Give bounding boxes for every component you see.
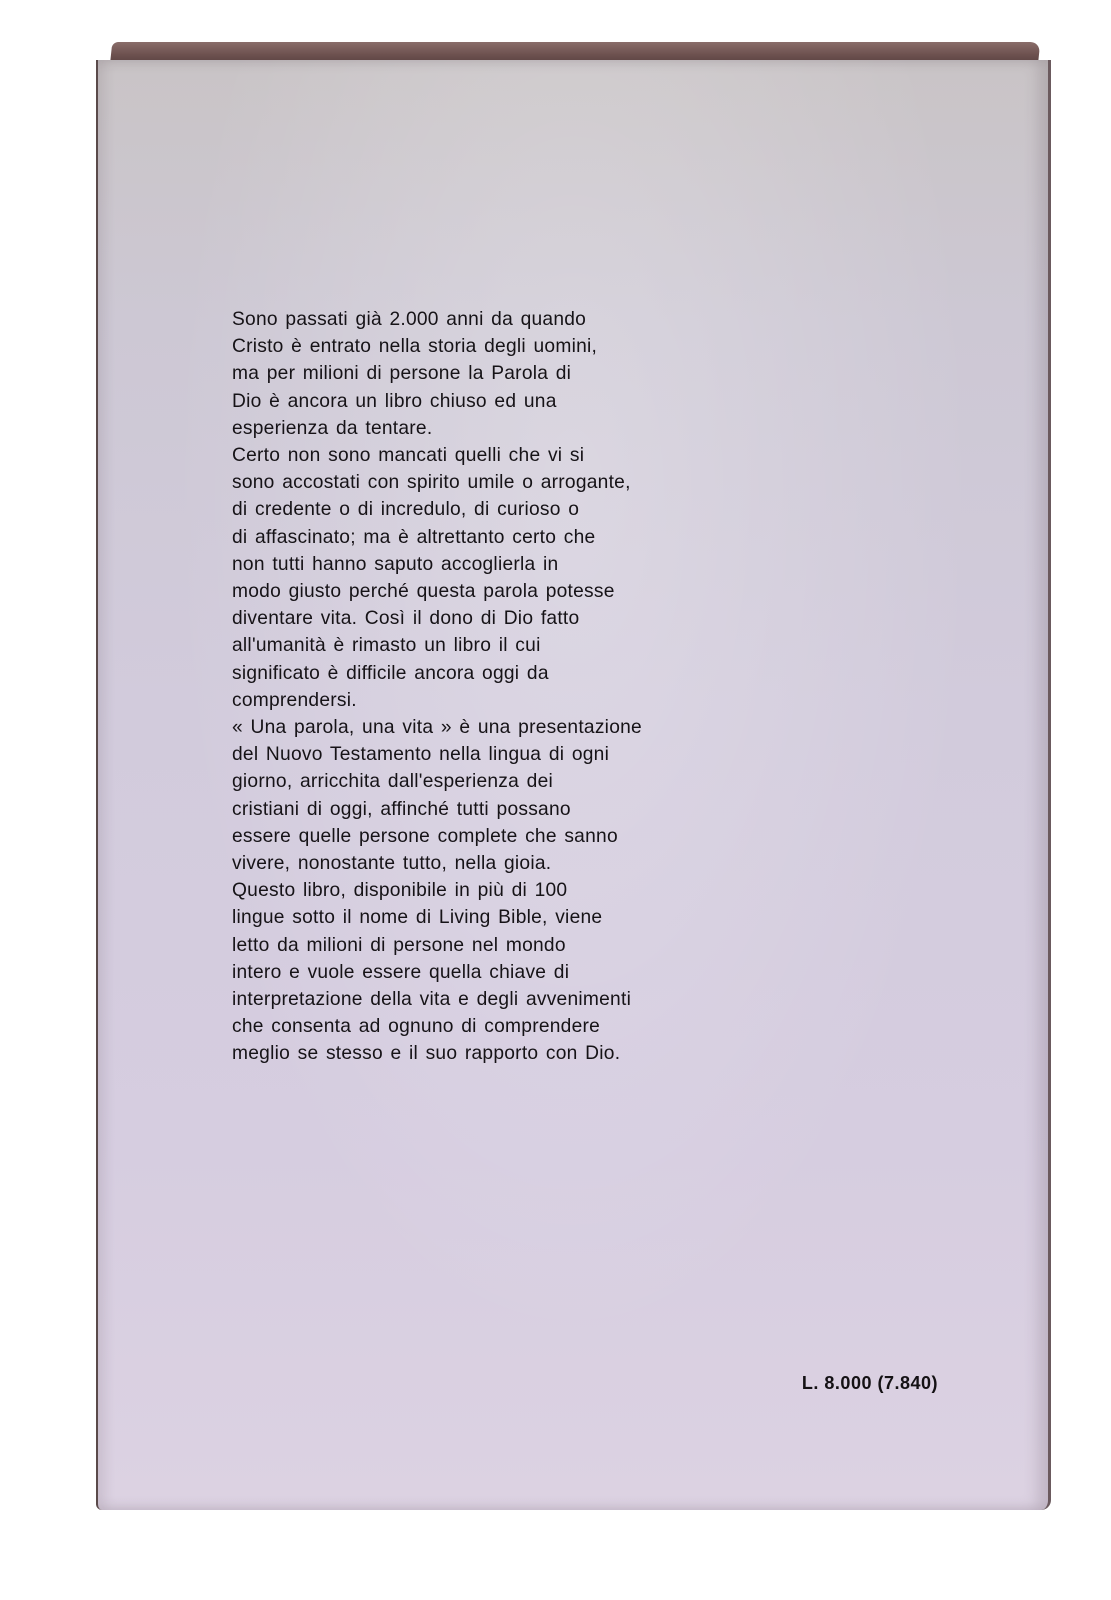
blurb-line: ma per milioni di persone la Parola di: [232, 360, 702, 387]
blurb-line: di credente o di incredulo, di curioso o: [232, 496, 702, 523]
blurb-line: Sono passati già 2.000 anni da quando: [232, 306, 702, 333]
blurb-line: Certo non sono mancati quelli che vi si: [232, 442, 702, 469]
blurb-line: essere quelle persone complete che sanno: [232, 823, 702, 850]
blurb-line: all'umanità è rimasto un libro il cui: [232, 632, 702, 659]
blurb-line: intero e vuole essere quella chiave di: [232, 959, 702, 986]
blurb-line: Cristo è entrato nella storia degli uomi…: [232, 333, 702, 360]
blurb-line: diventare vita. Così il dono di Dio fatt…: [232, 605, 702, 632]
blurb-text: Sono passati già 2.000 anni da quando Cr…: [232, 306, 702, 1068]
blurb-line: non tutti hanno saputo accoglierla in: [232, 551, 702, 578]
blurb-line: comprendersi.: [232, 687, 702, 714]
blurb-line: del Nuovo Testamento nella lingua di ogn…: [232, 741, 702, 768]
blurb-line: « Una parola, una vita » è una presentaz…: [232, 714, 702, 741]
book: Sono passati già 2.000 anni da quando Cr…: [96, 42, 1046, 1510]
blurb-line: letto da milioni di persone nel mondo: [232, 932, 702, 959]
back-cover: Sono passati già 2.000 anni da quando Cr…: [96, 60, 1051, 1510]
blurb-line: meglio se stesso e il suo rapporto con D…: [232, 1040, 702, 1067]
blurb-line: esperienza da tentare.: [232, 415, 702, 442]
blurb-line: lingue sotto il nome di Living Bible, vi…: [232, 904, 702, 931]
price-label: L. 8.000 (7.840): [802, 1373, 938, 1394]
blurb-line: sono accostati con spirito umile o arrog…: [232, 469, 702, 496]
blurb-line: interpretazione della vita e degli avven…: [232, 986, 702, 1013]
blurb-line: Questo libro, disponibile in più di 100: [232, 877, 702, 904]
blurb-line: modo giusto perché questa parola potesse: [232, 578, 702, 605]
blurb-line: Dio è ancora un libro chiuso ed una: [232, 388, 702, 415]
blurb-line: cristiani di oggi, affinché tutti possan…: [232, 796, 702, 823]
blurb-line: significato è difficile ancora oggi da: [232, 660, 702, 687]
blurb-line: giorno, arricchita dall'esperienza dei: [232, 768, 702, 795]
blurb-line: che consenta ad ognuno di comprendere: [232, 1013, 702, 1040]
blurb-line: vivere, nonostante tutto, nella gioia.: [232, 850, 702, 877]
blurb-line: di affascinato; ma è altrettanto certo c…: [232, 524, 702, 551]
